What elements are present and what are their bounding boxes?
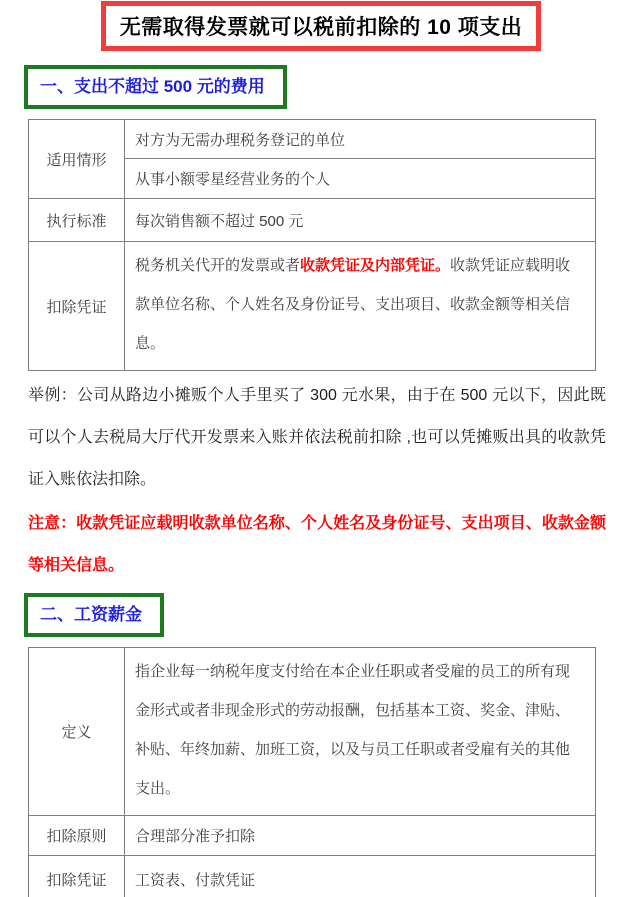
deduction-voucher-2-value: 工资表、付款凭证 xyxy=(125,856,596,897)
section-2-heading-row: 二、工资薪金 xyxy=(24,593,642,637)
deduction-voucher-2-label: 扣除凭证 xyxy=(29,856,125,897)
deduction-principle-label: 扣除原则 xyxy=(29,816,125,856)
deduction-principle-value: 合理部分准予扣除 xyxy=(125,816,596,856)
execution-standard-label: 执行标准 xyxy=(29,199,125,242)
table-row: 定义 指企业每一纳税年度支付给在本企业任职或者受雇的员工的所有现金形式或者非现金… xyxy=(29,648,596,816)
table-row: 执行标准 每次销售额不超过 500 元 xyxy=(29,199,596,242)
table-row: 扣除原则 合理部分准予扣除 xyxy=(29,816,596,856)
note-paragraph: 注意：收款凭证应载明收款单位名称、个人姓名及身份证号、支出项目、收款金额等相关信… xyxy=(28,503,606,587)
definition-value: 指企业每一纳税年度支付给在本企业任职或者受雇的员工的所有现金形式或者非现金形式的… xyxy=(125,648,596,816)
table-row: 扣除凭证 税务机关代开的发票或者收款凭证及内部凭证。收款凭证应载明收款单位名称、… xyxy=(29,242,596,371)
section-2-heading: 二、工资薪金 xyxy=(24,593,164,637)
voucher-text-highlight: 收款凭证及内部凭证。 xyxy=(300,257,450,274)
page-title: 无需取得发票就可以税前扣除的 10 项支出 xyxy=(101,1,542,51)
table-expenses-under-500: 适用情形 对方为无需办理税务登记的单位 从事小额零星经营业务的个人 执行标准 每… xyxy=(28,119,596,371)
voucher-text-prefix: 税务机关代开的发票或者 xyxy=(135,257,300,274)
table-row: 扣除凭证 工资表、付款凭证 xyxy=(29,856,596,897)
definition-label: 定义 xyxy=(29,648,125,816)
table-salary-wages: 定义 指企业每一纳税年度支付给在本企业任职或者受雇的员工的所有现金形式或者非现金… xyxy=(28,647,596,897)
title-row: 无需取得发票就可以税前扣除的 10 项支出 xyxy=(0,0,642,51)
section-1-heading: 一、支出不超过 500 元的费用 xyxy=(24,65,287,109)
deduction-voucher-value: 税务机关代开的发票或者收款凭证及内部凭证。收款凭证应载明收款单位名称、个人姓名及… xyxy=(125,242,596,371)
section-1-heading-row: 一、支出不超过 500 元的费用 xyxy=(24,65,642,109)
applicable-situation-value-2: 从事小额零星经营业务的个人 xyxy=(125,159,596,199)
example-paragraph: 举例：公司从路边小摊贩个人手里买了 300 元水果，由于在 500 元以下，因此… xyxy=(28,375,606,501)
applicable-situation-value-1: 对方为无需办理税务登记的单位 xyxy=(125,120,596,159)
deduction-voucher-label: 扣除凭证 xyxy=(29,242,125,371)
applicable-situation-label: 适用情形 xyxy=(29,120,125,199)
execution-standard-value: 每次销售额不超过 500 元 xyxy=(125,199,596,242)
table-row: 适用情形 对方为无需办理税务登记的单位 xyxy=(29,120,596,159)
